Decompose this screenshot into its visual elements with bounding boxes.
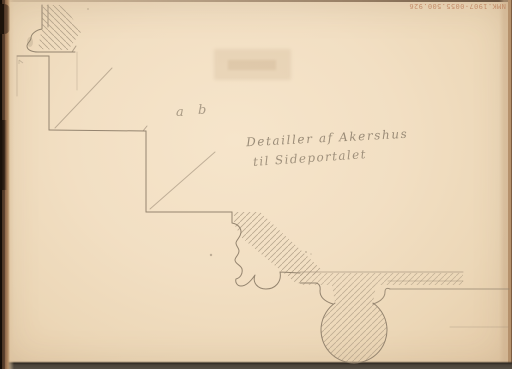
inventory-number-stamp: NMK.1907-0055.500.926 xyxy=(409,2,506,10)
hatching-column xyxy=(321,285,387,363)
stepped-wall-lines xyxy=(49,68,232,212)
construction-diagonal xyxy=(150,152,215,209)
hatching-band xyxy=(300,273,463,285)
architectural-sketch xyxy=(0,0,512,369)
point-label-a: a xyxy=(176,105,184,120)
point-label-b: b xyxy=(198,103,206,118)
construction-diagonal xyxy=(55,68,112,128)
pier-block xyxy=(17,56,49,130)
hatching-topleft xyxy=(38,5,81,50)
scanned-page: a b Detailler af Akershus til Sideportal… xyxy=(0,0,512,369)
wall-band-and-column xyxy=(300,272,509,363)
cornice-profile-topleft xyxy=(27,5,81,90)
